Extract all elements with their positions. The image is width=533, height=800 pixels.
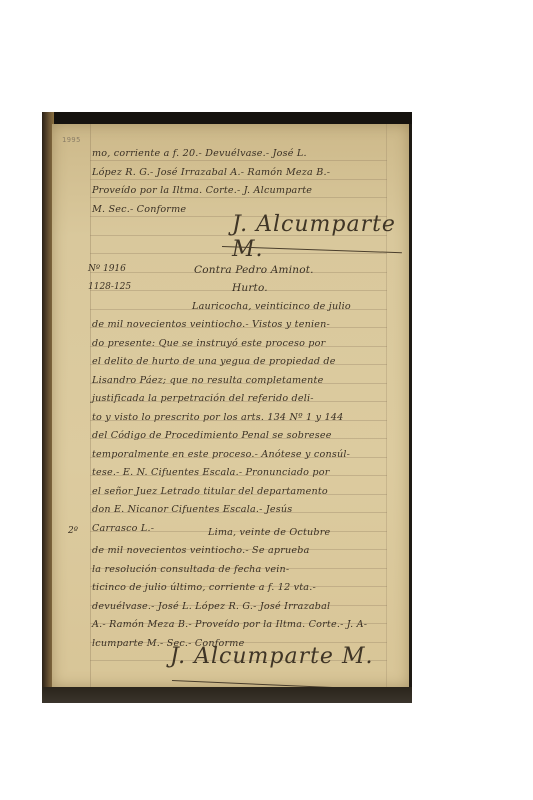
text-line: tese.- E. N. Cifuentes Escala.- Pronunci… xyxy=(92,467,330,478)
text-line: to y visto lo prescrito por los arts. 13… xyxy=(92,412,343,423)
text-line: Lauricocha, veinticinco de julio xyxy=(192,301,351,312)
text-line: Proveído por la Iltma. Corte.- J. Alcump… xyxy=(92,185,312,196)
case-number: Nº 1916 xyxy=(88,264,126,274)
case-title: Contra Pedro Aminot. xyxy=(194,264,314,276)
text-line: mo, corriente a f. 20.- Devuélvase.- Jos… xyxy=(92,148,307,159)
text-line: Carrasco L.- xyxy=(92,523,154,534)
text-line: devuélvase.- José L. López R. G.- José I… xyxy=(92,601,330,612)
ledger-page: 1995 mo, corriente a f. 20.- Devuélvase.… xyxy=(52,124,409,687)
text-line: el delito de hurto de una yegua de propi… xyxy=(92,356,336,367)
text-line: Lisandro Páez; que no resulta completame… xyxy=(92,375,323,386)
text-line: Lima, veinte de Octubre xyxy=(208,527,330,538)
text-line: la resolución consultada de fecha vein- xyxy=(92,564,289,575)
text-line: justificada la perpetración del referido… xyxy=(92,393,314,404)
right-margin-rule xyxy=(386,124,387,687)
text-line: López R. G.- José Irrazabal A.- Ramón Me… xyxy=(92,167,330,178)
document-photo: 1995 mo, corriente a f. 20.- Devuélvase.… xyxy=(42,112,412,703)
text-line: del Código de Procedimiento Penal se sob… xyxy=(92,430,332,441)
text-line: A.- Ramón Meza B.- Proveído por la Iltma… xyxy=(92,619,367,630)
archive-stamp: 1995 xyxy=(62,136,81,144)
text-line: ticinco de julio último, corriente a f. … xyxy=(92,582,316,593)
text-line: el señor Juez Letrado titular del depart… xyxy=(92,486,328,497)
case-subtitle: Hurto. xyxy=(232,282,268,294)
text-line: do presente: Que se instruyó este proces… xyxy=(92,338,325,349)
instance-marker: 2º xyxy=(68,526,78,536)
signature: J. Alcumparte M. xyxy=(232,212,409,262)
case-reference: 1128-125 xyxy=(88,282,131,292)
text-line: de mil novecientos veintiocho.- Vistos y… xyxy=(92,319,330,330)
text-line: don E. Nicanor Cifuentes Escala.- Jesús xyxy=(92,504,292,515)
photo-bottom-edge xyxy=(42,687,412,703)
text-line: M. Sec.- Conforme xyxy=(92,204,186,215)
text-line: de mil novecientos veintiocho.- Se aprue… xyxy=(92,545,310,556)
margin-rule xyxy=(90,124,91,687)
signature: J. Alcumparte M. xyxy=(170,644,373,669)
text-line: temporalmente en este proceso.- Anótese … xyxy=(92,449,350,460)
photo-top-edge xyxy=(42,112,412,124)
